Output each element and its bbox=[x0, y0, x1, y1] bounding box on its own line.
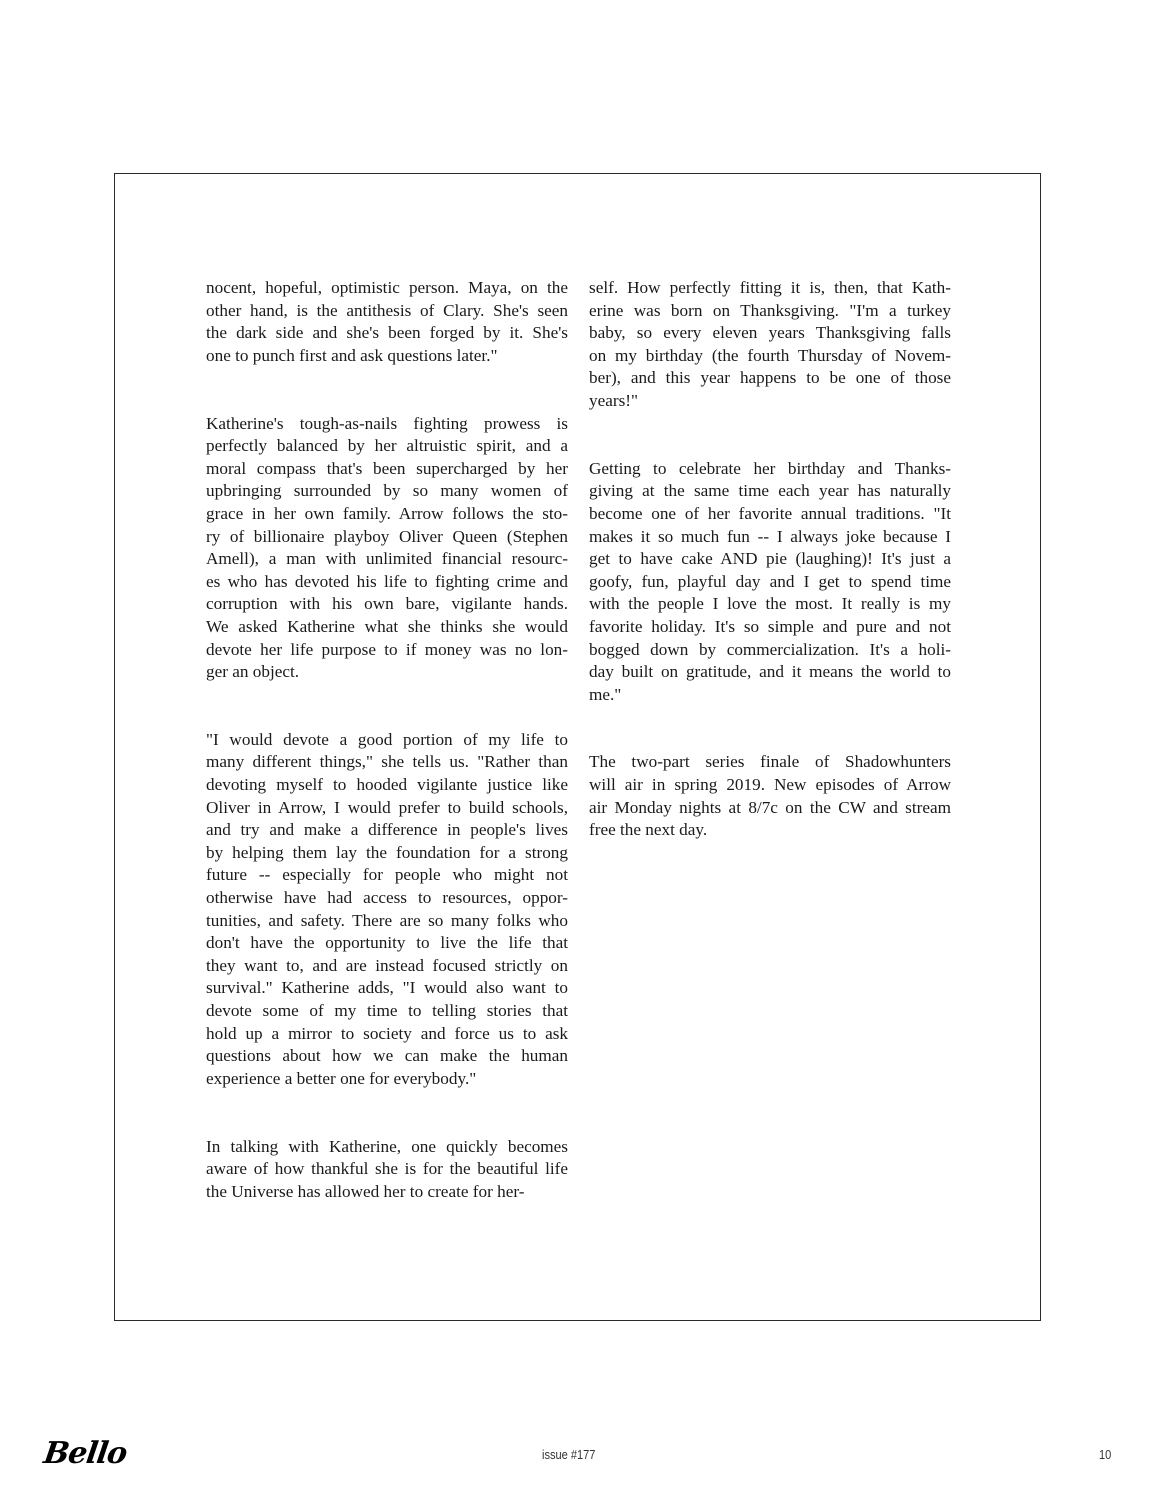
paragraph: "I would devote a good portion of my lif… bbox=[206, 729, 568, 1091]
text-line: and try and make a difference in people'… bbox=[206, 819, 568, 842]
text-line: they want to, and are instead focused st… bbox=[206, 955, 568, 978]
paragraph: Getting to celebrate her birthday and Th… bbox=[589, 458, 951, 707]
text-line: survival." Katherine adds, "I would also… bbox=[206, 977, 568, 1000]
text-line: moral compass that's been supercharged b… bbox=[206, 458, 568, 481]
text-line: The two-part series finale of Shadowhunt… bbox=[589, 751, 951, 774]
text-line: air Monday nights at 8/7c on the CW and … bbox=[589, 797, 951, 820]
text-line: don't have the opportunity to live the l… bbox=[206, 932, 568, 955]
page-number: 10 bbox=[1099, 1447, 1111, 1462]
text-line: get to have cake AND pie (laughing)! It'… bbox=[589, 548, 951, 571]
text-line: giving at the same time each year has na… bbox=[589, 480, 951, 503]
text-line: with the people I love the most. It real… bbox=[589, 593, 951, 616]
text-line: Katherine's tough-as-nails fighting prow… bbox=[206, 413, 568, 436]
issue-number: issue #177 bbox=[542, 1447, 595, 1462]
text-line: devoting myself to hooded vigilante just… bbox=[206, 774, 568, 797]
text-line: future -- especially for people who migh… bbox=[206, 864, 568, 887]
text-line: become one of her favorite annual tradit… bbox=[589, 503, 951, 526]
text-line: ber), and this year happens to be one of… bbox=[589, 367, 951, 390]
text-line: free the next day. bbox=[589, 819, 951, 842]
text-line: "I would devote a good portion of my lif… bbox=[206, 729, 568, 752]
text-line: questions about how we can make the huma… bbox=[206, 1045, 568, 1068]
text-line: makes it so much fun -- I always joke be… bbox=[589, 526, 951, 549]
text-line: erine was born on Thanksgiving. "I'm a t… bbox=[589, 300, 951, 323]
text-line: other hand, is the antithesis of Clary. … bbox=[206, 300, 568, 323]
paragraph: In talking with Katherine, one quickly b… bbox=[206, 1136, 568, 1204]
text-line: day built on gratitude, and it means the… bbox=[589, 661, 951, 684]
text-line: hold up a mirror to society and force us… bbox=[206, 1023, 568, 1046]
text-line: otherwise have had access to resources, … bbox=[206, 887, 568, 910]
article-column-left: nocent, hopeful, optimistic person. Maya… bbox=[206, 277, 568, 1249]
text-line: We asked Katherine what she thinks she w… bbox=[206, 616, 568, 639]
text-line: experience a better one for everybody." bbox=[206, 1068, 568, 1091]
text-line: years!" bbox=[589, 390, 951, 413]
text-line: es who has devoted his life to fighting … bbox=[206, 571, 568, 594]
text-line: the dark side and she's been forged by i… bbox=[206, 322, 568, 345]
text-line: Getting to celebrate her birthday and Th… bbox=[589, 458, 951, 481]
text-line: tunities, and safety. There are so many … bbox=[206, 910, 568, 933]
text-line: grace in her own family. Arrow follows t… bbox=[206, 503, 568, 526]
paragraph: The two-part series finale of Shadowhunt… bbox=[589, 751, 951, 841]
text-line: by helping them lay the foundation for a… bbox=[206, 842, 568, 865]
text-line: corruption with his own bare, vigilante … bbox=[206, 593, 568, 616]
text-line: the Universe has allowed her to create f… bbox=[206, 1181, 568, 1204]
magazine-logo: Bello bbox=[42, 1436, 129, 1471]
text-line: self. How perfectly fitting it is, then,… bbox=[589, 277, 951, 300]
paragraph: Katherine's tough-as-nails fighting prow… bbox=[206, 413, 568, 684]
text-line: Oliver in Arrow, I would prefer to build… bbox=[206, 797, 568, 820]
text-line: In talking with Katherine, one quickly b… bbox=[206, 1136, 568, 1159]
text-line: me." bbox=[589, 684, 951, 707]
text-line: bogged down by commercialization. It's a… bbox=[589, 639, 951, 662]
text-line: favorite holiday. It's so simple and pur… bbox=[589, 616, 951, 639]
text-line: ry of billionaire playboy Oliver Queen (… bbox=[206, 526, 568, 549]
text-line: goofy, fun, playful day and I get to spe… bbox=[589, 571, 951, 594]
text-line: will air in spring 2019. New episodes of… bbox=[589, 774, 951, 797]
text-line: many different things," she tells us. "R… bbox=[206, 751, 568, 774]
text-line: perfectly balanced by her altruistic spi… bbox=[206, 435, 568, 458]
text-line: upbringing surrounded by so many women o… bbox=[206, 480, 568, 503]
text-line: one to punch first and ask questions lat… bbox=[206, 345, 568, 368]
text-line: nocent, hopeful, optimistic person. Maya… bbox=[206, 277, 568, 300]
text-line: devote her life purpose to if money was … bbox=[206, 639, 568, 662]
text-line: ger an object. bbox=[206, 661, 568, 684]
text-line: aware of how thankful she is for the bea… bbox=[206, 1158, 568, 1181]
text-line: Amell), a man with unlimited financial r… bbox=[206, 548, 568, 571]
text-line: devote some of my time to telling storie… bbox=[206, 1000, 568, 1023]
article-column-right: self. How perfectly fitting it is, then,… bbox=[589, 277, 951, 887]
text-line: baby, so every eleven years Thanksgiving… bbox=[589, 322, 951, 345]
text-line: on my birthday (the fourth Thursday of N… bbox=[589, 345, 951, 368]
paragraph: nocent, hopeful, optimistic person. Maya… bbox=[206, 277, 568, 367]
paragraph: self. How perfectly fitting it is, then,… bbox=[589, 277, 951, 413]
